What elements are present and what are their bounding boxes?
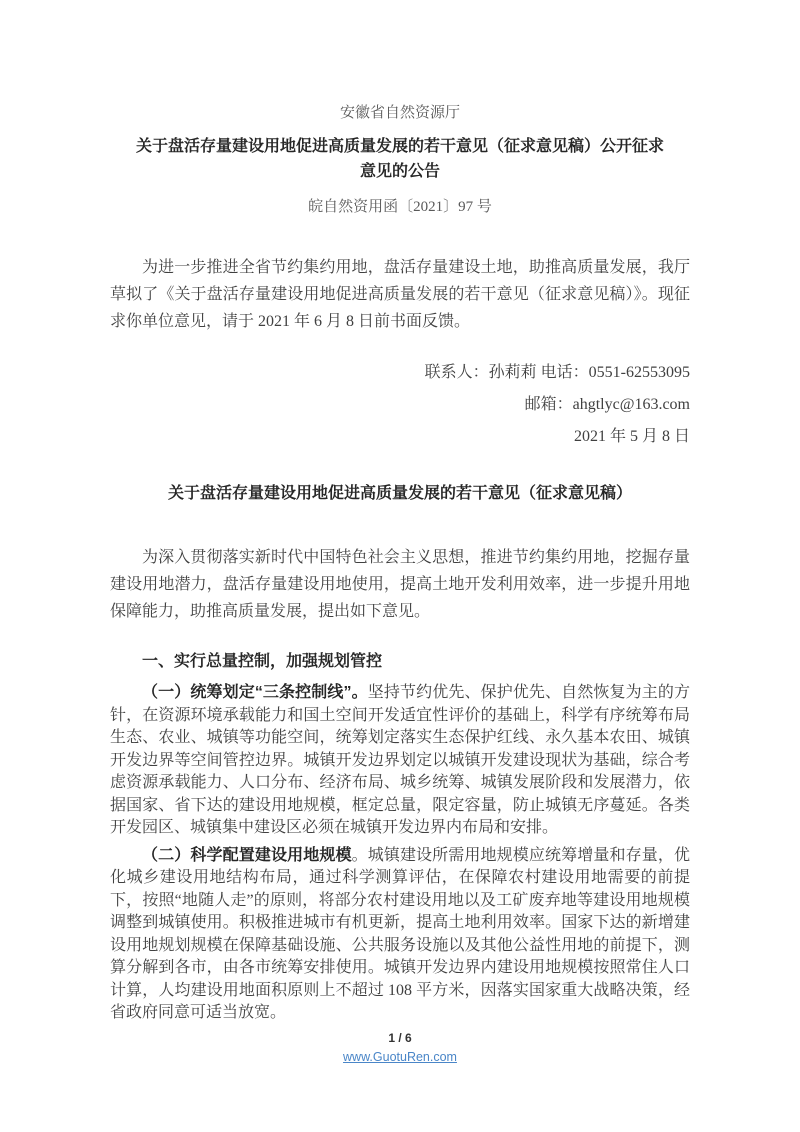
source-website-link[interactable]: www.GuotuRen.com bbox=[343, 1050, 457, 1064]
section-1-item-2: （二）科学配置建设用地规模。城镇建设所需用地规模应统筹增量和存量，优化城乡建设用… bbox=[110, 845, 690, 1025]
section-1-item-2-lead: （二）科学配置建设用地规模 bbox=[142, 847, 352, 864]
contact-email-line: 邮箱：ahgtlyc@163.com bbox=[110, 391, 690, 418]
section-1-item-2-text: 。城镇建设所需用地规模应统筹增量和存量，优化城乡建设用地结构布局，通过科学测算评… bbox=[110, 847, 690, 1022]
notice-intro-paragraph: 为进一步推进全省节约集约用地，盘活存量建设土地，助推高质量发展，我厅草拟了《关于… bbox=[110, 254, 690, 335]
page-number-indicator: 1 / 6 bbox=[0, 1030, 800, 1046]
page-footer: 1 / 6 www.GuotuRen.com bbox=[0, 1030, 800, 1066]
attached-document-title: 关于盘活存量建设用地促进高质量发展的若干意见（征求意见稿） bbox=[110, 482, 690, 506]
contact-person-line: 联系人：孙莉莉 电话：0551-62553095 bbox=[110, 359, 690, 386]
section-1-item-1: （一）统筹划定“三条控制线”。坚持节约优先、保护优先、自然恢复为主的方针，在资源… bbox=[110, 682, 690, 840]
document-content: 安徽省自然资源厅 关于盘活存量建设用地促进高质量发展的若干意见（征求意见稿）公开… bbox=[110, 0, 690, 1025]
document-page: 安徽省自然资源厅 关于盘活存量建设用地促进高质量发展的若干意见（征求意见稿）公开… bbox=[0, 0, 800, 1132]
notice-date-line: 2021 年 5 月 8 日 bbox=[110, 423, 690, 450]
section-1-item-1-text: 坚持节约优先、保护优先、自然恢复为主的方针，在资源环境承载能力和国土空间开发适宜… bbox=[110, 684, 690, 836]
section-1-item-1-lead: （一）统筹划定“三条控制线”。 bbox=[142, 684, 368, 701]
section-1-heading: 一、实行总量控制，加强规划管控 bbox=[110, 650, 690, 674]
announcement-title: 关于盘活存量建设用地促进高质量发展的若干意见（征求意见稿）公开征求意见的公告 bbox=[134, 134, 666, 184]
contact-block: 联系人：孙莉莉 电话：0551-62553095 邮箱：ahgtlyc@163.… bbox=[110, 359, 690, 450]
document-preamble-paragraph: 为深入贯彻落实新时代中国特色社会主义思想，推进节约集约用地，挖掘存量建设用地潜力… bbox=[110, 544, 690, 625]
issuing-org-name: 安徽省自然资源厅 bbox=[110, 102, 690, 124]
document-reference-number: 皖自然资用函〔2021〕97 号 bbox=[110, 196, 690, 218]
